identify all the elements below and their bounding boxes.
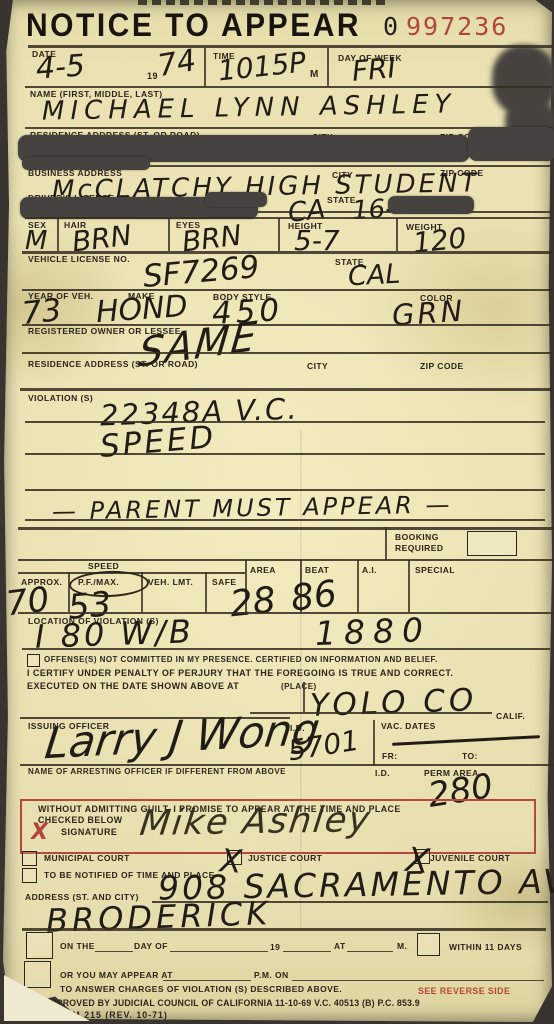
signature-x-mark: X [31,822,48,844]
certify-line-1: I CERTIFY UNDER PENALTY OF PERJURY THAT … [27,669,453,679]
arresting-officer-label: NAME OF ARRESTING OFFICER IF DIFFERENT F… [28,768,286,777]
area-value: 28 [228,583,277,624]
name-value: MICHAEL LYNN ASHLEY [42,91,457,124]
justice-court-label: JUSTICE COURT [248,854,322,863]
redaction-bar-birthdate [388,196,474,214]
promise-line-2: CHECKED BELOW [38,816,123,826]
booking-required-checkbox [467,531,517,556]
defendant-signature: Mike Ashley [138,803,373,842]
booking-label-2: REQUIRED [395,544,443,553]
within-11-days-label: WITHIN 11 DAYS [449,943,522,952]
vac-to-label: TO: [462,752,478,761]
notice-to-appear-scan: NOTICE TO APPEAR 0 997236 DATE TIME DAY … [0,0,554,1024]
residence2-city-label: CITY [307,362,328,371]
year-printed: 19 [147,72,158,82]
answer-charges-label: TO ANSWER CHARGES OF VIOLATION (S) DESCR… [60,985,342,994]
serial-prefix: 0 [383,12,400,41]
vehicle-make-value: HOND [95,292,189,328]
offense-checkbox [27,654,40,667]
offense-text: OFFENSE(S) NOT COMMITTED IN MY PRESENCE.… [44,656,438,665]
pm-on-label: P.M. ON [254,971,289,980]
on-date-checkbox [26,932,53,959]
calif-label: CALIF. [496,712,525,721]
date-value: 4-5 [35,51,86,84]
day-of-week-value: FRI [351,54,397,86]
vehicle-license-label: VEHICLE LICENSE NO. [28,255,130,264]
residence2-address-label: RESIDENCE ADDRESS (ST. OR ROAD) [28,360,198,369]
vac-dates-label: VAC. DATES [381,722,436,731]
arresting-id-label: I.D. [375,769,390,778]
at-label: AT [334,942,346,951]
within-11-days-checkbox [417,933,440,956]
violation-label: VIOLATION (S) [28,394,93,403]
certify-line-2: EXECUTED ON THE DATE SHOWN ABOVE AT [27,682,239,692]
may-appear-checkbox [24,961,51,988]
form-title: NOTICE TO APPEAR [26,8,361,45]
area-label: AREA [250,566,276,575]
municipal-court-checkbox [22,851,37,866]
on-the-label: ON THE [60,942,95,951]
veh-lmt-label: VEH. LMT. [148,578,193,587]
booking-label-1: BOOKING [395,533,439,542]
special-label: SPECIAL [415,566,455,575]
signature-label: SIGNATURE [61,828,117,838]
see-reverse-side-label: SEE REVERSE SIDE [418,987,510,997]
footer-approval-text: FORM APPROVED BY JUDICIAL COUNCIL OF CAL… [15,999,420,1009]
vehicle-state-value: CAL [347,261,401,291]
serial-number: 997236 [406,12,508,41]
or-appear-label: OR YOU MAY APPEAR AT [60,971,173,980]
location-value-2: 1880 [314,613,431,650]
redaction-bar-license-2 [205,192,267,207]
notified-checkbox [22,868,37,883]
ai-label: A.I. [362,566,377,575]
day-of-label: DAY OF [134,942,168,951]
redaction-bar-residence-zip [468,127,554,161]
year-value: 74 [156,46,199,82]
vac-fr-label: FR: [382,752,398,761]
municipal-court-label: MUNICIPAL COURT [44,854,130,863]
cropped-header-text [138,0,388,5]
place-value: YOLO CO [310,685,478,722]
residence2-zip-label: ZIP CODE [420,362,464,371]
m-label: M. [397,942,407,951]
meridiem-printed: M [310,69,319,80]
printed-19-label: 19 [270,943,280,952]
